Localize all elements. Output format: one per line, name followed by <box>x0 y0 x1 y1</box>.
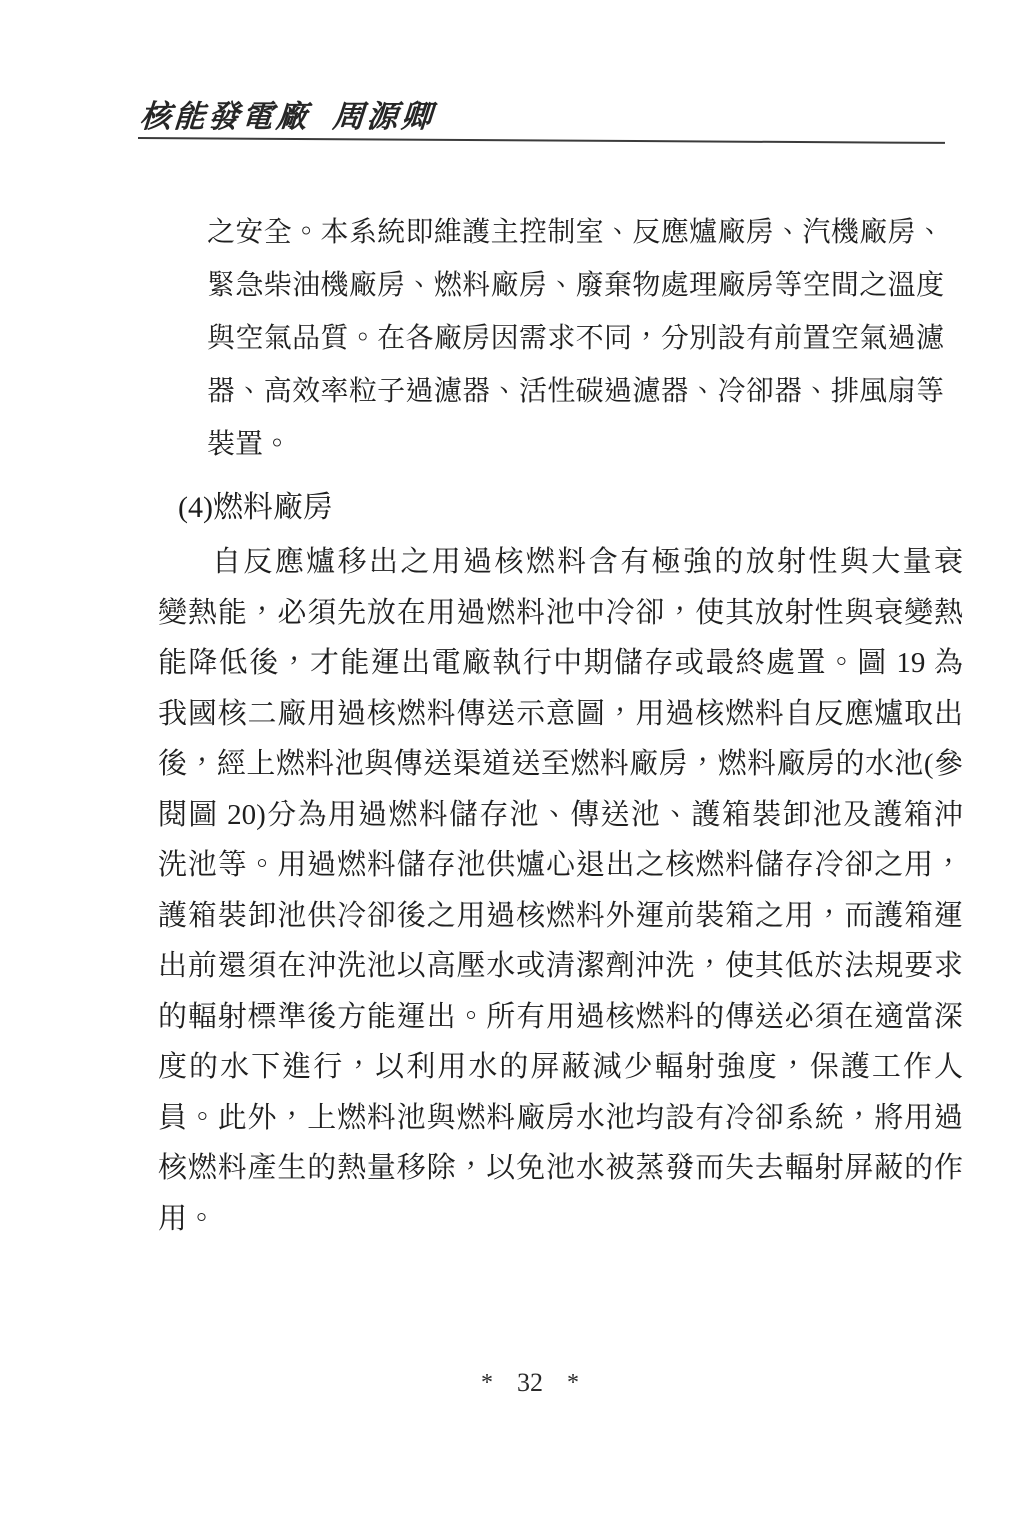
text-line: 的輻射標準後方能運出。所有用過核燃料的傳送必須在適當深 <box>158 992 963 1043</box>
header-rule <box>138 137 945 144</box>
text-line: 用。 <box>158 1194 963 1245</box>
text-line: 之安全。本系統即維護主控制室、反應爐廠房、汽機廠房、 <box>207 206 944 259</box>
text-line: 度的水下進行，以利用水的屏蔽減少輻射強度，保護工作人 <box>158 1042 963 1093</box>
text-line: 閱圖 20)分為用過燃料儲存池、傳送池、護箱裝卸池及護箱沖 <box>158 790 963 841</box>
text-line: 出前還須在沖洗池以高壓水或清潔劑沖洗，使其低於法規要求 <box>158 941 963 992</box>
page-footer: * 32 * <box>0 1368 1024 1399</box>
paragraph-fuel-building: 自反應爐移出之用過核燃料含有極強的放射性與大量衰 變熱能，必須先放在用過燃料池中… <box>158 537 963 1244</box>
text-line: 緊急柴油機廠房、燃料廠房、廢棄物處理廠房等空間之溫度 <box>207 259 944 312</box>
section-heading-fuel-building: (4)燃料廠房 <box>178 491 333 525</box>
page-number: 32 <box>517 1368 543 1398</box>
text-line: 核燃料產生的熱量移除，以免池水被蒸發而失去輻射屏蔽的作 <box>158 1143 963 1194</box>
running-header-title: 核能發電廠 周源卿 <box>139 98 436 136</box>
text-line: 自反應爐移出之用過核燃料含有極強的放射性與大量衰 <box>158 537 963 588</box>
paragraph-hvac-continuation: 之安全。本系統即維護主控制室、反應爐廠房、汽機廠房、 緊急柴油機廠房、燃料廠房、… <box>207 206 944 471</box>
text-line: 變熱能，必須先放在用過燃料池中冷卻，使其放射性與衰變熱 <box>158 588 963 639</box>
document-page: 核能發電廠 周源卿 之安全。本系統即維護主控制室、反應爐廠房、汽機廠房、 緊急柴… <box>0 0 1024 1514</box>
text-line: 員。此外，上燃料池與燃料廠房水池均設有冷卻系統，將用過 <box>158 1093 963 1144</box>
text-line: 裝置。 <box>207 418 944 471</box>
footer-star-right: * <box>567 1368 579 1398</box>
text-line: 能降低後，才能運出電廠執行中期儲存或最終處置。圖 19 為 <box>158 638 963 689</box>
footer-star-left: * <box>481 1368 493 1398</box>
text-line: 後，經上燃料池與傳送渠道送至燃料廠房，燃料廠房的水池(參 <box>158 739 963 790</box>
text-line: 護箱裝卸池供冷卻後之用過核燃料外運前裝箱之用，而護箱運 <box>158 891 963 942</box>
text-line: 與空氣品質。在各廠房因需求不同，分別設有前置空氣過濾 <box>207 312 944 365</box>
text-line: 器、高效率粒子過濾器、活性碳過濾器、冷卻器、排風扇等 <box>207 365 944 418</box>
text-line: 洗池等。用過燃料儲存池供爐心退出之核燃料儲存冷卻之用， <box>158 840 963 891</box>
text-line: 我國核二廠用過核燃料傳送示意圖，用過核燃料自反應爐取出 <box>158 689 963 740</box>
